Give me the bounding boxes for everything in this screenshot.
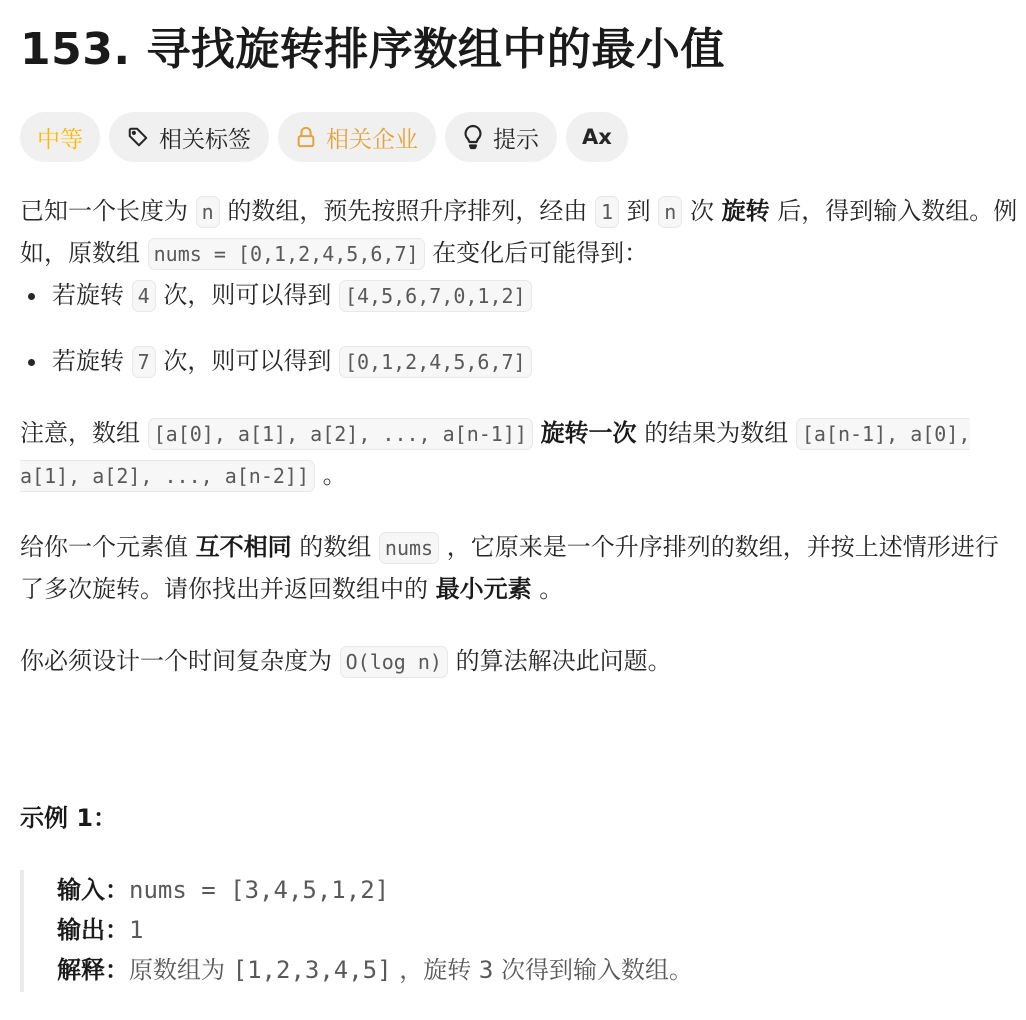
inline-code: 7 [132,346,156,378]
inline-code: n [658,196,682,228]
hint-button[interactable]: 提示 [445,112,557,162]
example-input-row: 输入：nums = [3,4,5,1,2] [57,870,693,910]
inline-code: [4,5,6,7,0,1,2] [339,280,532,312]
bold-text: 最小元素 [436,575,532,603]
related-tags-button[interactable]: 相关标签 [109,112,269,162]
example-output-row: 输出：1 [57,910,693,950]
bold-text: 互不相同 [196,533,292,561]
problem-tags-bar: 中等 相关标签 相关企业 提示 Ax [20,112,628,162]
example-input-label: 输入： [57,876,129,904]
rotation-examples-list: 若旋转 4 次，则可以得到 [4,5,6,7,0,1,2] 若旋转 7 次，则可… [20,274,1020,382]
inline-code: 4 [132,280,156,312]
hint-label: 提示 [493,121,539,154]
example-block: 输入：nums = [3,4,5,1,2] 输出：1 解释：原数组为 [1,2,… [20,870,693,992]
example-output-value: 1 [129,916,143,944]
problem-title: 153. 寻找旋转排序数组中的最小值 [20,20,725,80]
description-paragraph-1: 已知一个长度为 n 的数组，预先按照升序排列，经由 1 到 n 次 旋转 后，得… [20,190,1020,274]
related-companies-label: 相关企业 [326,121,418,154]
description-complexity: 你必须设计一个时间复杂度为 O(log n) 的算法解决此问题。 [20,640,1020,682]
example-explanation-label: 解释： [57,956,129,984]
bold-text: 旋转 [722,197,770,225]
example-title: 示例 1： [20,800,117,836]
inline-code: O(log n) [340,646,448,678]
difficulty-badge[interactable]: 中等 [20,112,100,162]
inline-code: n [196,196,220,228]
lightbulb-icon [463,124,483,150]
inline-code: nums = [0,1,2,4,5,6,7] [148,238,425,270]
lock-icon [296,126,316,148]
difficulty-label: 中等 [37,121,83,154]
inline-code: nums [379,532,439,564]
tag-icon [127,126,149,148]
translate-icon: Ax [582,125,612,149]
inline-code: 1 [595,196,619,228]
bold-text: 旋转一次 [541,419,637,447]
example-output-label: 输出： [57,916,129,944]
problem-description: 已知一个长度为 n 的数组，预先按照升序排列，经由 1 到 n 次 旋转 后，得… [20,190,1020,682]
related-companies-button[interactable]: 相关企业 [278,112,436,162]
description-note: 注意，数组 [a[0], a[1], a[2], ..., a[n-1]] 旋转… [20,412,1020,496]
example-explanation-row: 解释：原数组为 [1,2,3,4,5] ，旋转 3 次得到输入数组。 [57,950,693,990]
inline-code: [0,1,2,4,5,6,7] [339,346,532,378]
description-task: 给你一个元素值 互不相同 的数组 nums ，它原来是一个升序排列的数组，并按上… [20,526,1020,610]
inline-code: [a[0], a[1], a[2], ..., a[n-1]] [148,418,533,450]
related-tags-label: 相关标签 [159,121,251,154]
example-input-value: nums = [3,4,5,1,2] [129,876,389,904]
translate-button[interactable]: Ax [566,112,628,162]
list-item: 若旋转 7 次，则可以得到 [0,1,2,4,5,6,7] [20,340,1020,382]
list-item: 若旋转 4 次，则可以得到 [4,5,6,7,0,1,2] [20,274,1020,316]
